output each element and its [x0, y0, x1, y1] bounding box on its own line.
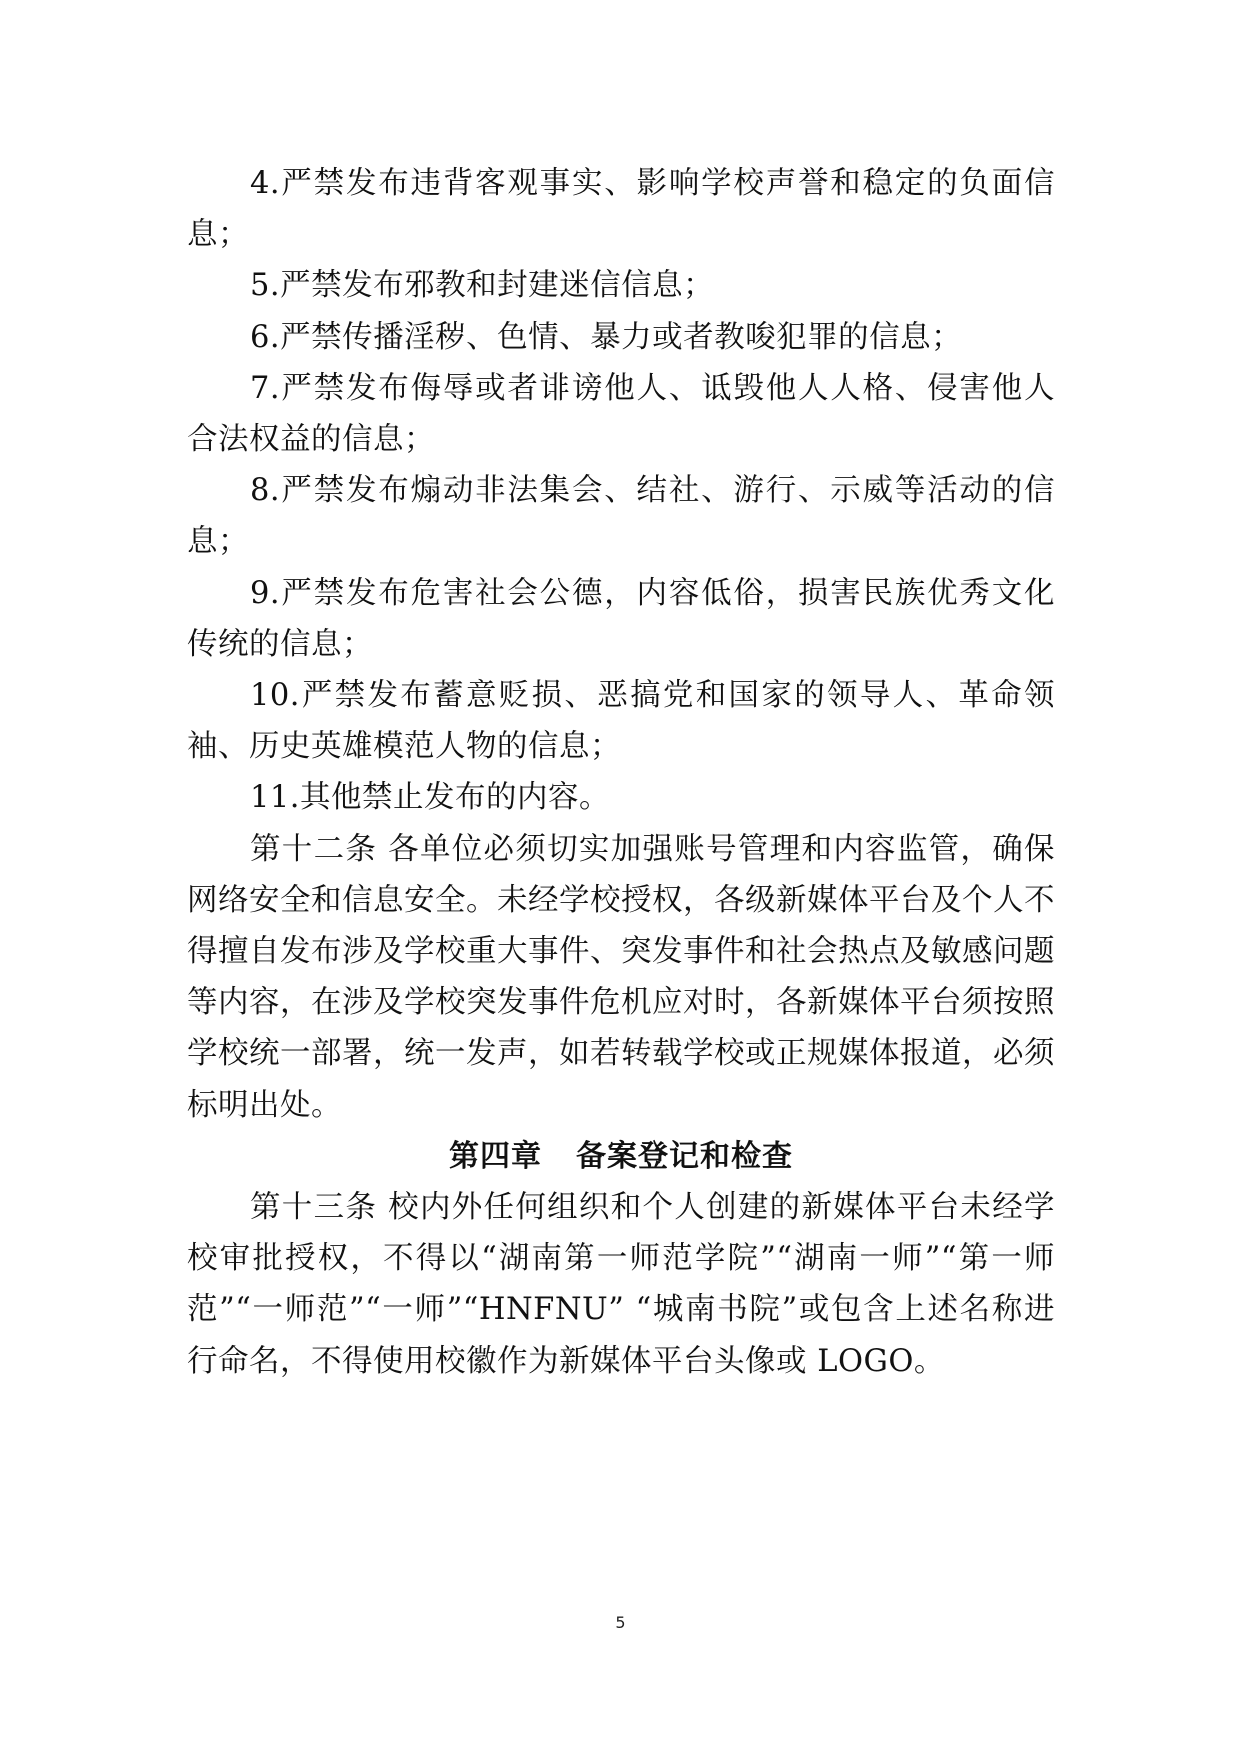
document-page: 4.严禁发布违背客观事实、影响学校声誉和稳定的负面信息； 5.严禁发布邪教和封建…	[187, 158, 1055, 1387]
list-item-10: 10.严禁发布蓄意贬损、恶搞党和国家的领导人、革命领袖、历史英雄模范人物的信息；	[187, 670, 1055, 772]
list-item-6: 6.严禁传播淫秽、色情、暴力或者教唆犯罪的信息；	[187, 312, 1055, 363]
list-item-4: 4.严禁发布违背客观事实、影响学校声誉和稳定的负面信息；	[187, 158, 1055, 260]
article-13: 第十三条 校内外任何组织和个人创建的新媒体平台未经学校审批授权，不得以“湖南第一…	[187, 1182, 1055, 1387]
list-item-11: 11.其他禁止发布的内容。	[187, 772, 1055, 823]
chapter-title: 备案登记和检查	[576, 1139, 793, 1174]
article-12: 第十二条 各单位必须切实加强账号管理和内容监管，确保网络安全和信息安全。未经学校…	[187, 824, 1055, 1131]
list-item-7: 7.严禁发布侮辱或者诽谤他人、诋毁他人人格、侵害他人合法权益的信息；	[187, 363, 1055, 465]
list-item-8: 8.严禁发布煽动非法集会、结社、游行、示威等活动的信息；	[187, 465, 1055, 567]
page-number: 5	[0, 1613, 1241, 1632]
list-item-9: 9.严禁发布危害社会公德，内容低俗，损害民族优秀文化传统的信息；	[187, 568, 1055, 670]
chapter-number: 第四章	[449, 1139, 542, 1174]
list-item-5: 5.严禁发布邪教和封建迷信信息；	[187, 260, 1055, 311]
chapter-heading: 第四章备案登记和检查	[187, 1131, 1055, 1182]
